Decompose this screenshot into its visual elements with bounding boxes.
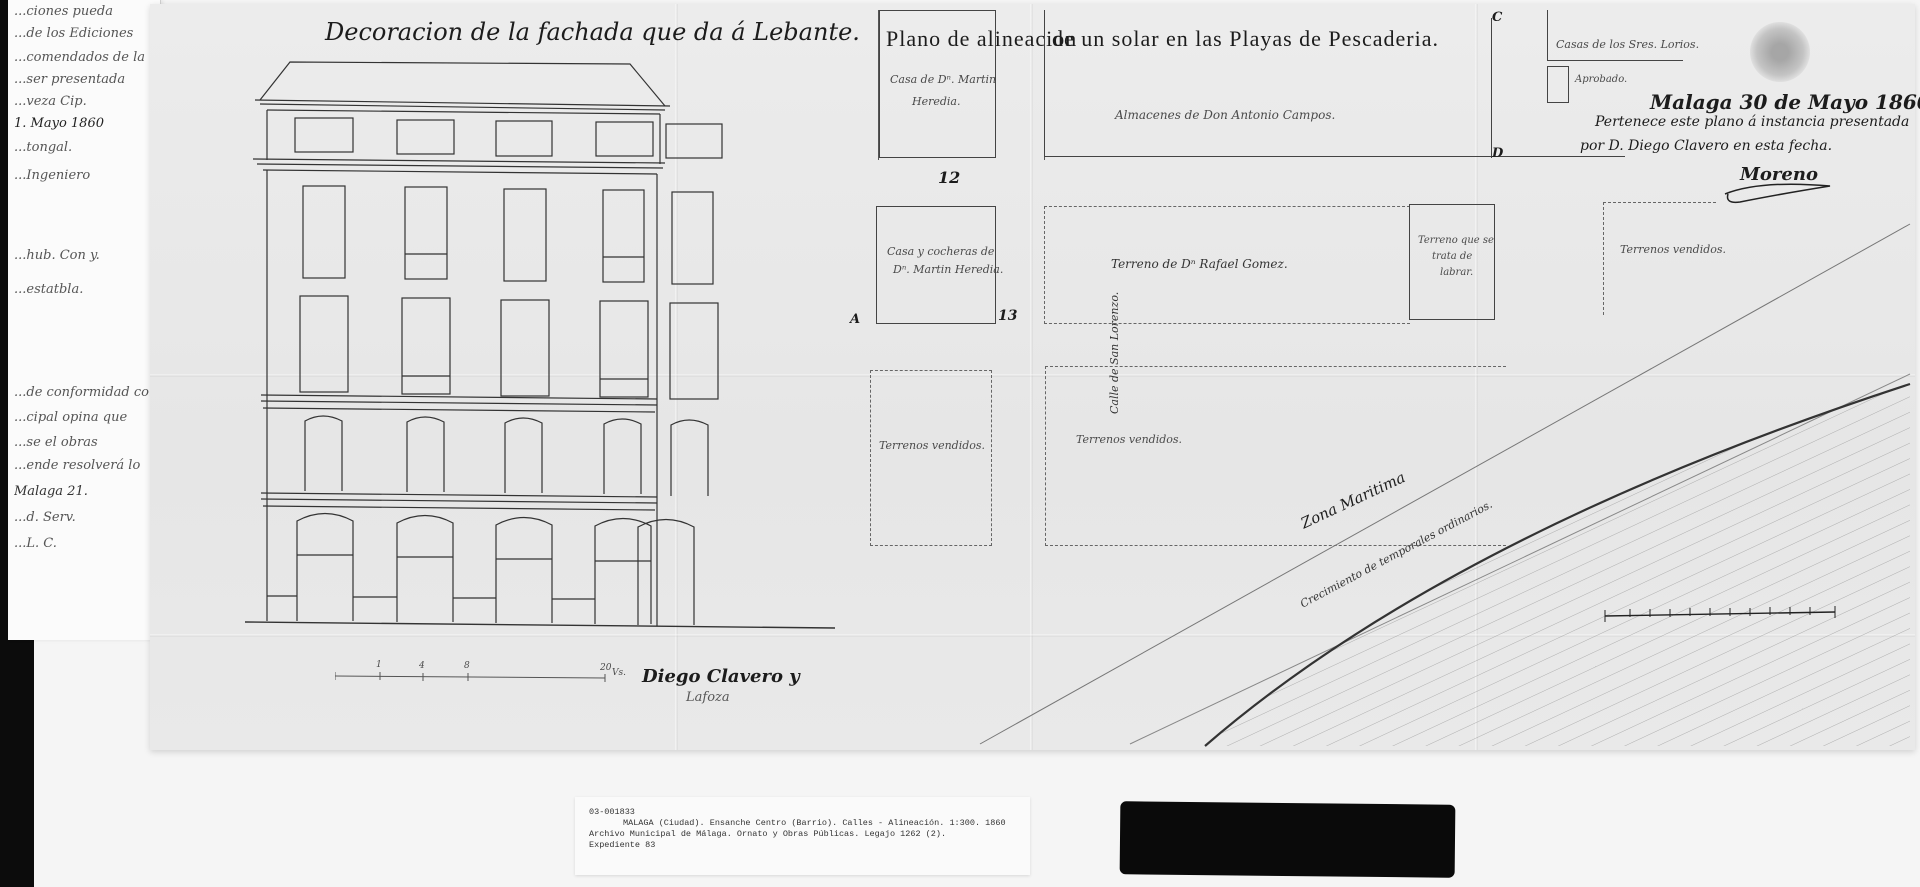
catalog-line: Archivo Municipal de Málaga. Ornato y Ob… [589, 829, 1016, 840]
margin-line: Malaga 21. [14, 484, 154, 499]
margin-line: ...se el obras [14, 435, 154, 450]
margin-line: 1. Mayo 1860 [14, 116, 154, 131]
parcel-casa-martin-heredia: Casa de Dⁿ. Martin Heredia. [879, 10, 996, 158]
margin-line: ...L. C. [14, 536, 154, 551]
scale-tick: 4 [419, 661, 425, 671]
margin-line: ...de los Ediciones [14, 26, 154, 41]
plan-sheet: Decoracion de la fachada que da á Lebant… [150, 4, 1915, 750]
plan-line-cd [1491, 18, 1492, 158]
marker-c: C [1492, 10, 1502, 25]
parcel-almacenes: Almacenes de Don Antonio Campos. [1044, 10, 1625, 157]
legend-swatch [1547, 66, 1569, 103]
margin-line: ...ciones pueda [14, 4, 154, 19]
parcel-casas-lorios: Casas de los Sres. Lorios. [1547, 10, 1683, 61]
architect-signature-line2: Lafoza [686, 690, 730, 705]
scale-bar [335, 668, 635, 688]
annotation-line: Pertenece este plano á instancia present… [1595, 114, 1909, 130]
margin-page: ...ciones pueda ...de los Ediciones ...c… [8, 0, 161, 640]
margin-line: ...hub. Con y. [14, 248, 154, 263]
legend-label: Aprobado. [1575, 74, 1627, 85]
margin-line: ...comendados de la [14, 50, 154, 65]
elevation-title: Decoracion de la fachada que da á Lebant… [325, 18, 860, 46]
margin-line: ...cipal opina que [14, 410, 154, 425]
catalog-line: MALAGA (Ciudad). Ensanche Centro (Barrio… [589, 818, 1016, 829]
catalog-line: Expediente 83 [589, 840, 1016, 851]
shoreline-drawing [830, 174, 1915, 750]
annotation-line: por D. Diego Clavero en esta fecha. [1580, 138, 1832, 154]
margin-line: ...estatbla. [14, 282, 154, 297]
parcel-label: Casas de los Sres. Lorios. [1556, 38, 1699, 51]
archive-stamp [1750, 22, 1810, 82]
annotation-date: Malaga 30 de Mayo 1860. [1650, 90, 1920, 114]
margin-line: ...d. Serv. [14, 510, 154, 525]
architect-signature: Diego Clavero y [642, 666, 800, 687]
scale-tick: 8 [464, 661, 470, 671]
marker-d: D [1492, 146, 1503, 161]
margin-line: ...tongal. [14, 140, 154, 155]
catalog-code: 03-001833 [589, 807, 1016, 818]
scale-tick: 1 [376, 660, 382, 670]
facade-elevation-drawing [245, 56, 835, 636]
margin-line: ...veza Cip. [14, 94, 154, 109]
scale-unit: Vs. [612, 668, 626, 678]
parcel-label: Casa de Dⁿ. Martin [890, 73, 996, 86]
scale-tick: 20 [600, 663, 611, 673]
parcel-label: Almacenes de Don Antonio Campos. [1115, 108, 1335, 122]
margin-line: ...ser presentada [14, 72, 154, 87]
catalog-label: 03-001833 MALAGA (Ciudad). Ensanche Cent… [575, 797, 1030, 875]
margin-line: ...ende resolverá lo [14, 458, 154, 473]
parcel-label: Heredia. [912, 95, 961, 108]
margin-line: ...Ingeniero [14, 168, 154, 183]
redaction-bar [1120, 801, 1456, 878]
margin-line: ...de conformidad con el [14, 385, 154, 400]
